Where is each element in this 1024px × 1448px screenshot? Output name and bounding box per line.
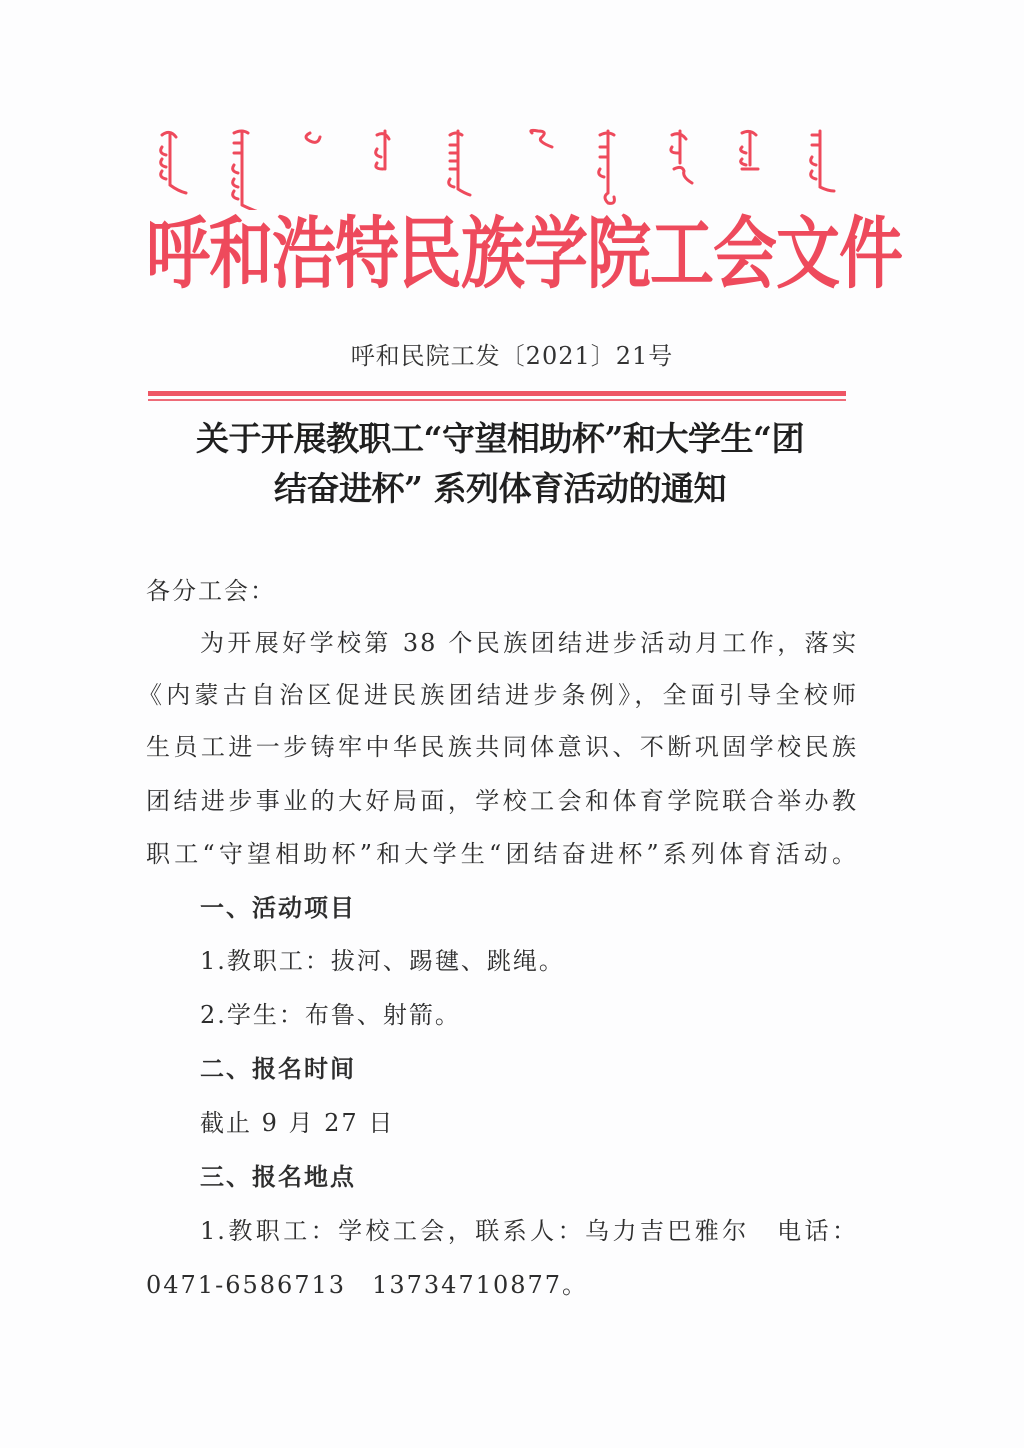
notice-title: 关于开展教职工“守望相助杯”和大学生“团 结奋进杯” 系列体育活动的通知 (140, 414, 860, 514)
org-document-title: 呼和浩特民族学院工会文件 (146, 203, 858, 308)
notice-title-line-1: 关于开展教职工“守望相助杯”和大学生“团 (140, 414, 860, 464)
notice-title-line-2: 结奋进杯” 系列体育活动的通知 (140, 464, 860, 514)
document-number: 呼和民院工发〔2021〕21号 (0, 340, 1024, 372)
mongolian-script-icon (150, 125, 850, 210)
intro-line-3: 生员工进一步铸牢中华民族共同体意识、不断巩固学校民族 (146, 730, 858, 764)
section-heading-registration-time: 二、报名时间 (200, 1052, 356, 1086)
intro-line-2: 《内蒙古自治区促进民族团结进步条例》，全面引导全校师 (138, 678, 858, 712)
intro-line-4: 团结进步事业的大好局面，学校工会和体育学院联合举办教 (146, 784, 858, 818)
registration-deadline: 截止 9 月 27 日 (200, 1106, 394, 1140)
activity-item-students: 2.学生：布鲁、射箭。 (200, 998, 461, 1032)
section-heading-activities: 一、活动项目 (200, 891, 356, 925)
intro-line-1: 为开展好学校第 38 个民族团结进步活动月工作，落实 (200, 626, 858, 660)
intro-line-5: 职工“守望相助杯”和大学生“团结奋进杯”系列体育活动。 (146, 837, 858, 871)
red-separator-rule (148, 391, 846, 403)
section-heading-registration-place: 三、报名地点 (200, 1160, 356, 1194)
registration-place-staff: 1.教职工：学校工会，联系人：乌力吉巴雅尔 电话： (200, 1214, 858, 1248)
document-page: 呼和浩特民族学院工会文件 呼和民院工发〔2021〕21号 关于开展教职工“守望相… (0, 0, 1024, 1448)
red-rule-thick (148, 391, 846, 396)
red-rule-thin (148, 399, 846, 401)
registration-phone-numbers: 0471-6586713 13734710877。 (146, 1268, 588, 1302)
mongolian-title (150, 125, 850, 210)
activity-item-staff: 1.教职工：拔河、踢毽、跳绳。 (200, 944, 565, 978)
salutation: 各分工会： (146, 574, 276, 608)
